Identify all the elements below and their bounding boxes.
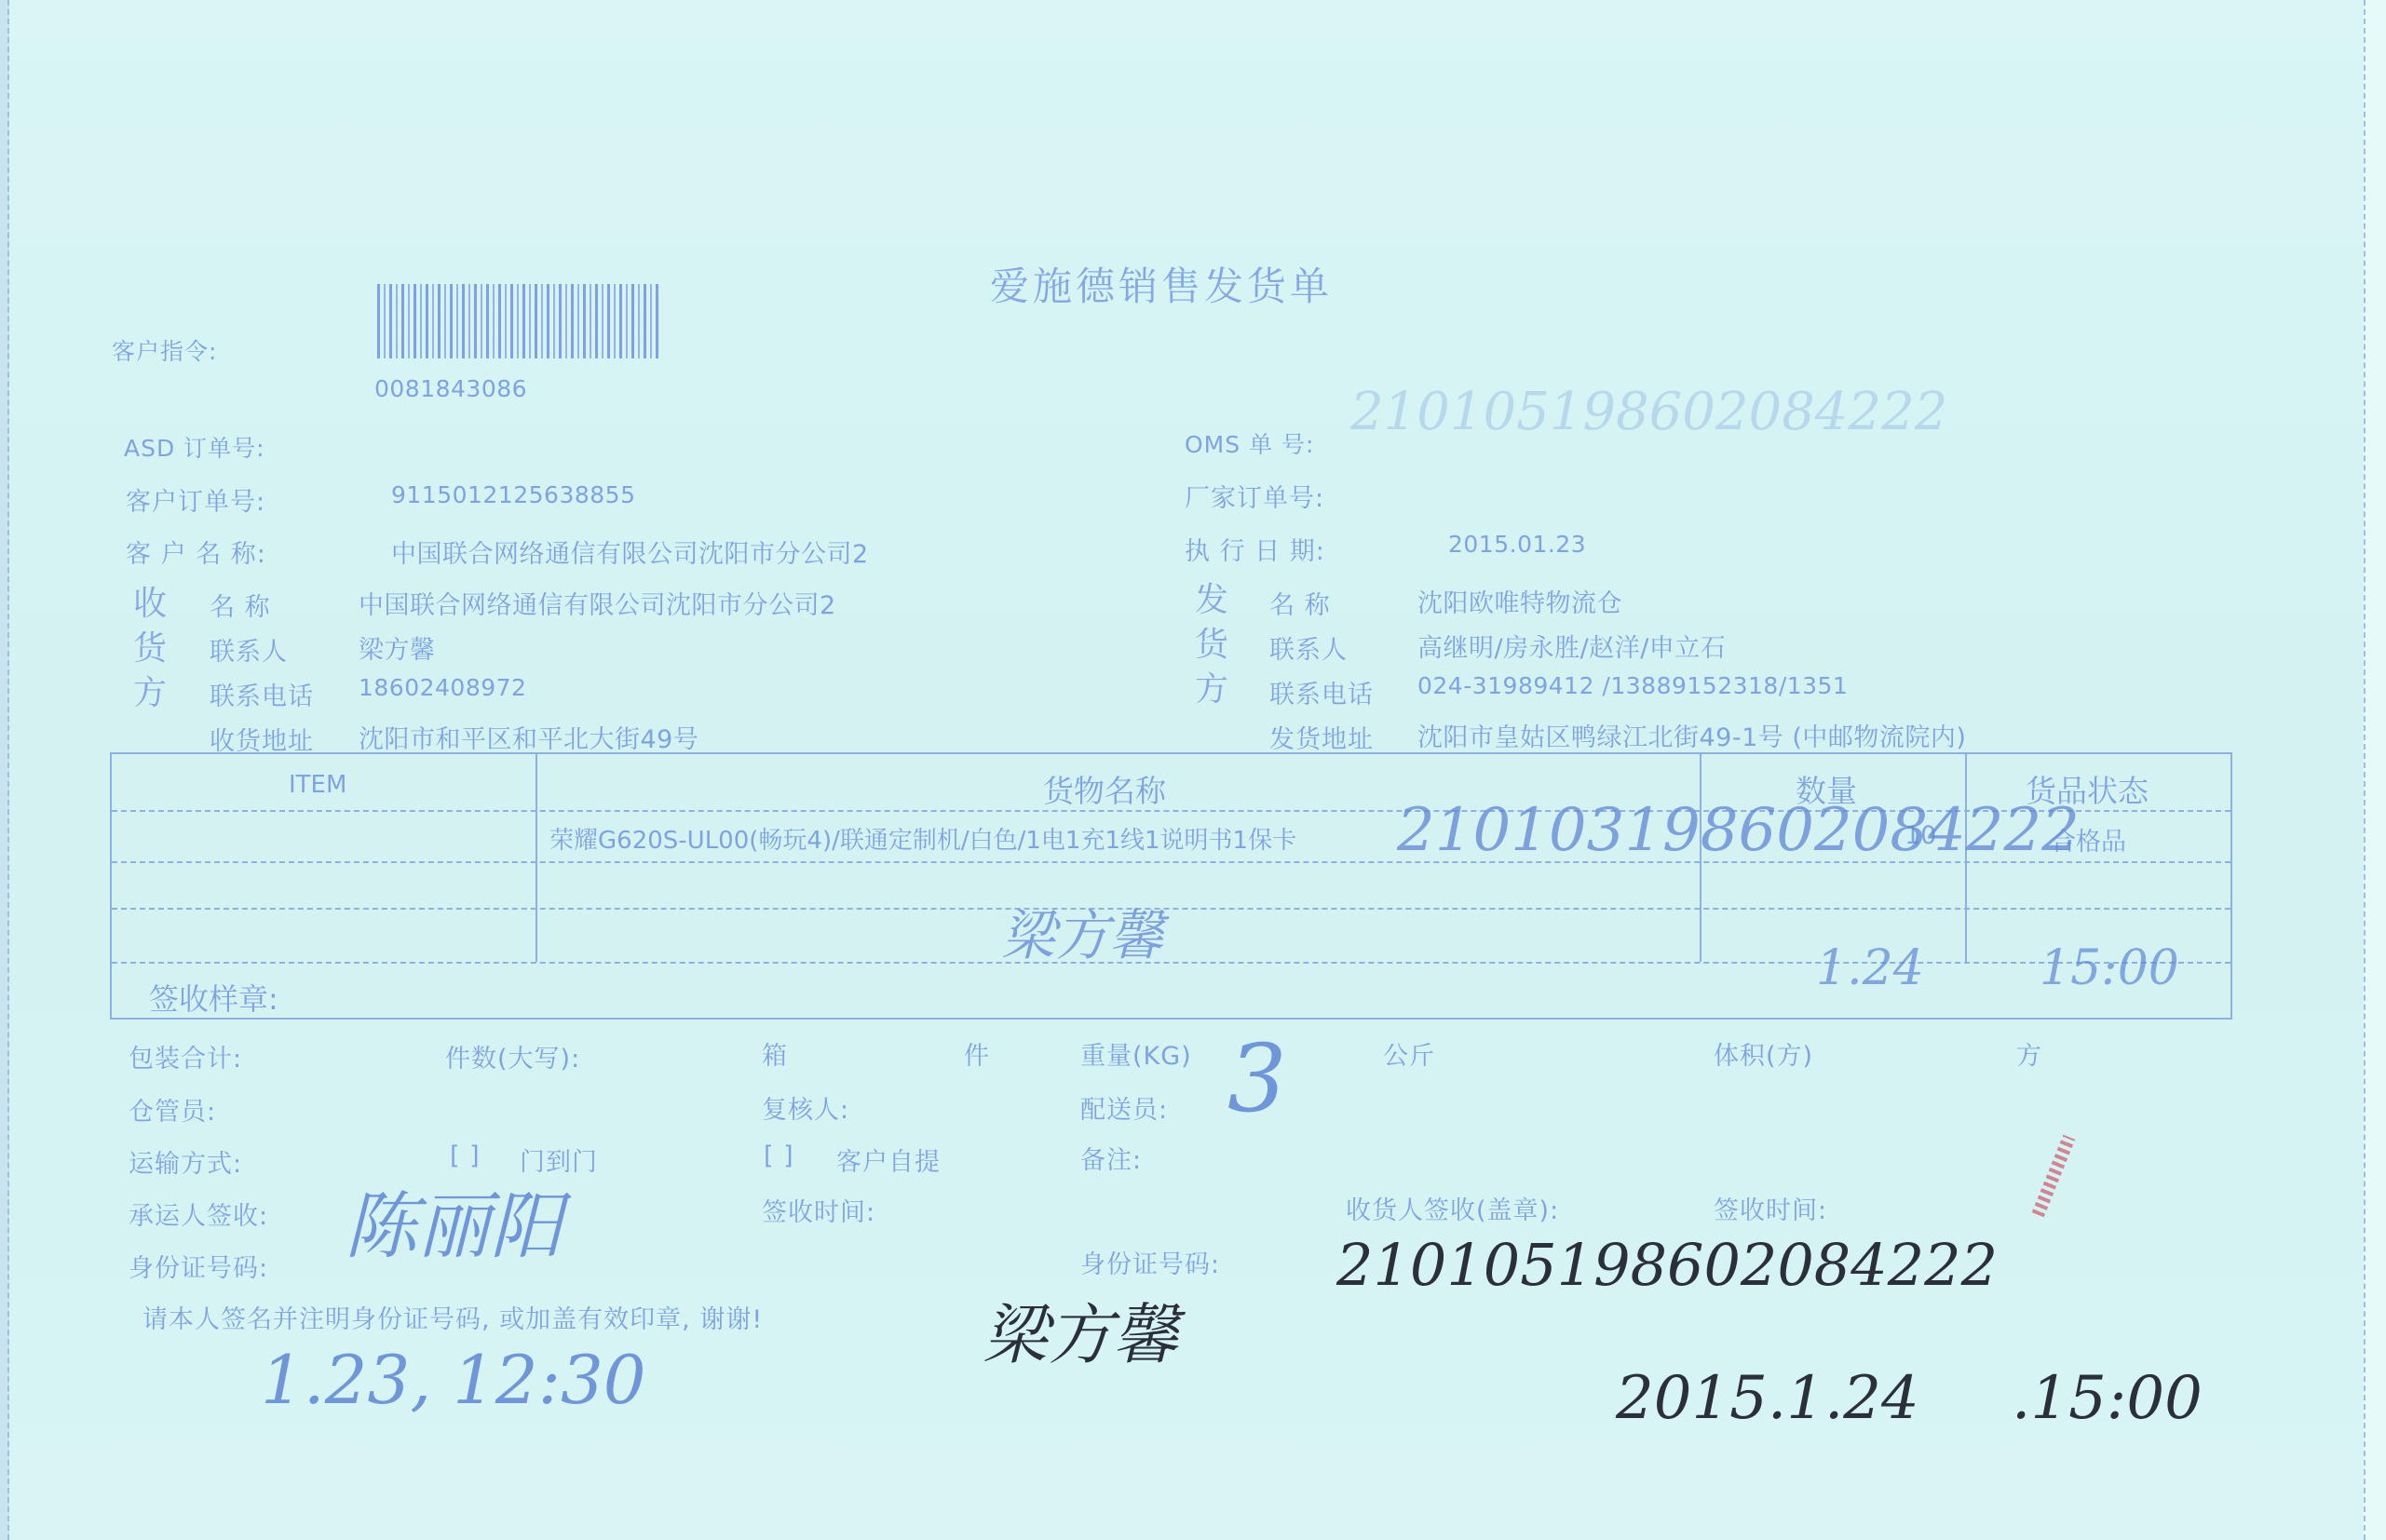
signature-notice: 请本人签名并注明身份证号码, 或加盖有效印章, 谢谢! — [142, 1299, 763, 1335]
sender-side-char-1: 发 — [1195, 574, 1228, 621]
volume-unit: 方 — [2016, 1035, 2042, 1072]
box-label: 箱 — [762, 1035, 788, 1072]
consignee-id-label: 身份证号码: — [1080, 1244, 1220, 1280]
receiver-side-char-1: 收 — [133, 577, 167, 625]
handwritten-id-scribble: 210103198602084222 — [1397, 796, 2080, 865]
handwritten-consignee-signature: 梁方馨 — [983, 1283, 1178, 1377]
volume-label: 体积(方) — [1714, 1035, 1813, 1072]
consignee-sign-time-label: 签收时间: — [1714, 1190, 1827, 1226]
receiver-contact-value: 梁方馨 — [359, 629, 436, 666]
table-header-item: ITEM — [289, 771, 346, 799]
customer-name-label: 客 户 名 称: — [126, 534, 266, 570]
handwritten-consignee-date: 2015.1.24 — [1616, 1364, 1919, 1433]
sender-name-value: 沈阳欧唯特物流仓 — [1417, 583, 1622, 619]
handwritten-table-time: 15:00 — [2040, 940, 2179, 996]
sender-phone-label: 联系电话 — [1269, 674, 1374, 710]
package-total-label: 包装合计: — [129, 1038, 242, 1074]
sign-sample-label: 签收样章: — [149, 976, 278, 1019]
handwritten-carrier-time: 1.23, 12:30 — [261, 1341, 646, 1419]
sender-side-char-3: 方 — [1195, 663, 1228, 710]
carrier-id-label: 身份证号码: — [129, 1248, 268, 1284]
weight-unit: 公斤 — [1383, 1035, 1435, 1072]
asd-order-label: ASD 订单号: — [124, 430, 265, 464]
receiver-address-value: 沈阳市和平区和平北大街49号 — [359, 719, 698, 755]
sender-address-label: 发货地址 — [1269, 719, 1374, 755]
customer-instruction-label: 客户指令: — [112, 333, 217, 367]
oms-order-label: OMS 单 号: — [1185, 426, 1314, 460]
reviewer-label: 复核人: — [762, 1089, 849, 1126]
receiver-phone-label: 联系电话 — [210, 676, 314, 712]
table-header-goods-name: 货物名称 — [1043, 767, 1166, 811]
sender-phone-value: 024-31989412 /13889152318/1351 — [1417, 672, 1848, 699]
customer-order-value: 9115012125638855 — [391, 481, 636, 508]
carrier-sign-time-label: 签收时间: — [762, 1192, 875, 1228]
handwritten-consignee-id: 210105198602084222 — [1336, 1231, 1998, 1299]
customer-order-label: 客户订单号: — [126, 481, 265, 518]
table-col-divider — [535, 754, 537, 962]
warehouse-keeper-label: 仓管员: — [129, 1091, 216, 1128]
handwritten-table-date: 1.24 — [1816, 940, 1924, 996]
faint-handwriting-top: 210105198602084222 — [1350, 382, 1947, 442]
table-divider — [112, 908, 2230, 910]
handwritten-carrier-signature: 陈丽阳 — [345, 1169, 563, 1273]
carrier-sign-label: 承运人签收: — [129, 1196, 268, 1232]
perforated-edge-left — [0, 0, 9, 1540]
sender-side-char-2: 货 — [1195, 618, 1228, 666]
receiver-phone-value: 18602408972 — [359, 674, 526, 701]
consignee-sign-label: 收货人签收(盖章): — [1346, 1190, 1559, 1226]
remarks-label: 备注: — [1080, 1140, 1142, 1176]
door-to-door-checkbox[interactable]: [ ] — [450, 1141, 481, 1170]
perforated-edge-right — [2364, 0, 2386, 1540]
receiver-name-value: 中国联合网络通信有限公司沈阳市分公司2 — [359, 585, 836, 621]
handwritten-weight: 3 — [1227, 1024, 1287, 1133]
transport-method-label: 运输方式: — [129, 1143, 242, 1180]
receiver-side-char-3: 方 — [133, 667, 167, 714]
receiver-name-label: 名 称 — [210, 587, 271, 623]
receiver-side-char-2: 货 — [133, 622, 167, 669]
barcode-icon — [377, 284, 661, 358]
sender-contact-label: 联系人 — [1269, 629, 1348, 666]
receiver-contact-label: 联系人 — [210, 631, 288, 668]
exec-date-value: 2015.01.23 — [1448, 531, 1586, 558]
sender-name-label: 名 称 — [1269, 585, 1331, 621]
row-goods-name: 荣耀G620S-UL00(畅玩4)/联通定制机/白色/1电1充1线1说明书1保卡 — [549, 821, 1296, 856]
exec-date-label: 执 行 日 期: — [1185, 531, 1325, 567]
sender-address-value: 沈阳市皇姑区鸭绿江北街49-1号 (中邮物流院内) — [1417, 717, 1966, 753]
handwritten-consignee-time: .15:00 — [2012, 1364, 2203, 1433]
factory-order-label: 厂家订单号: — [1185, 478, 1324, 514]
document-title: 爱施德销售发货单 — [990, 256, 1333, 312]
self-pickup-checkbox[interactable]: [ ] — [764, 1141, 794, 1170]
customer-name-value: 中国联合网络通信有限公司沈阳市分公司2 — [391, 534, 869, 570]
pieces-label: 件数(大写): — [445, 1038, 580, 1074]
courier-label: 配送员: — [1080, 1089, 1168, 1126]
sender-contact-value: 高继明/房永胜/赵洋/申立石 — [1417, 628, 1726, 664]
self-pickup-label: 客户自提 — [836, 1141, 941, 1178]
piece-label: 件 — [964, 1035, 990, 1072]
barcode-number: 0081843086 — [374, 375, 527, 402]
handwritten-table-signature: 梁方馨 — [1001, 892, 1163, 970]
weight-label: 重量(KG) — [1080, 1035, 1192, 1072]
